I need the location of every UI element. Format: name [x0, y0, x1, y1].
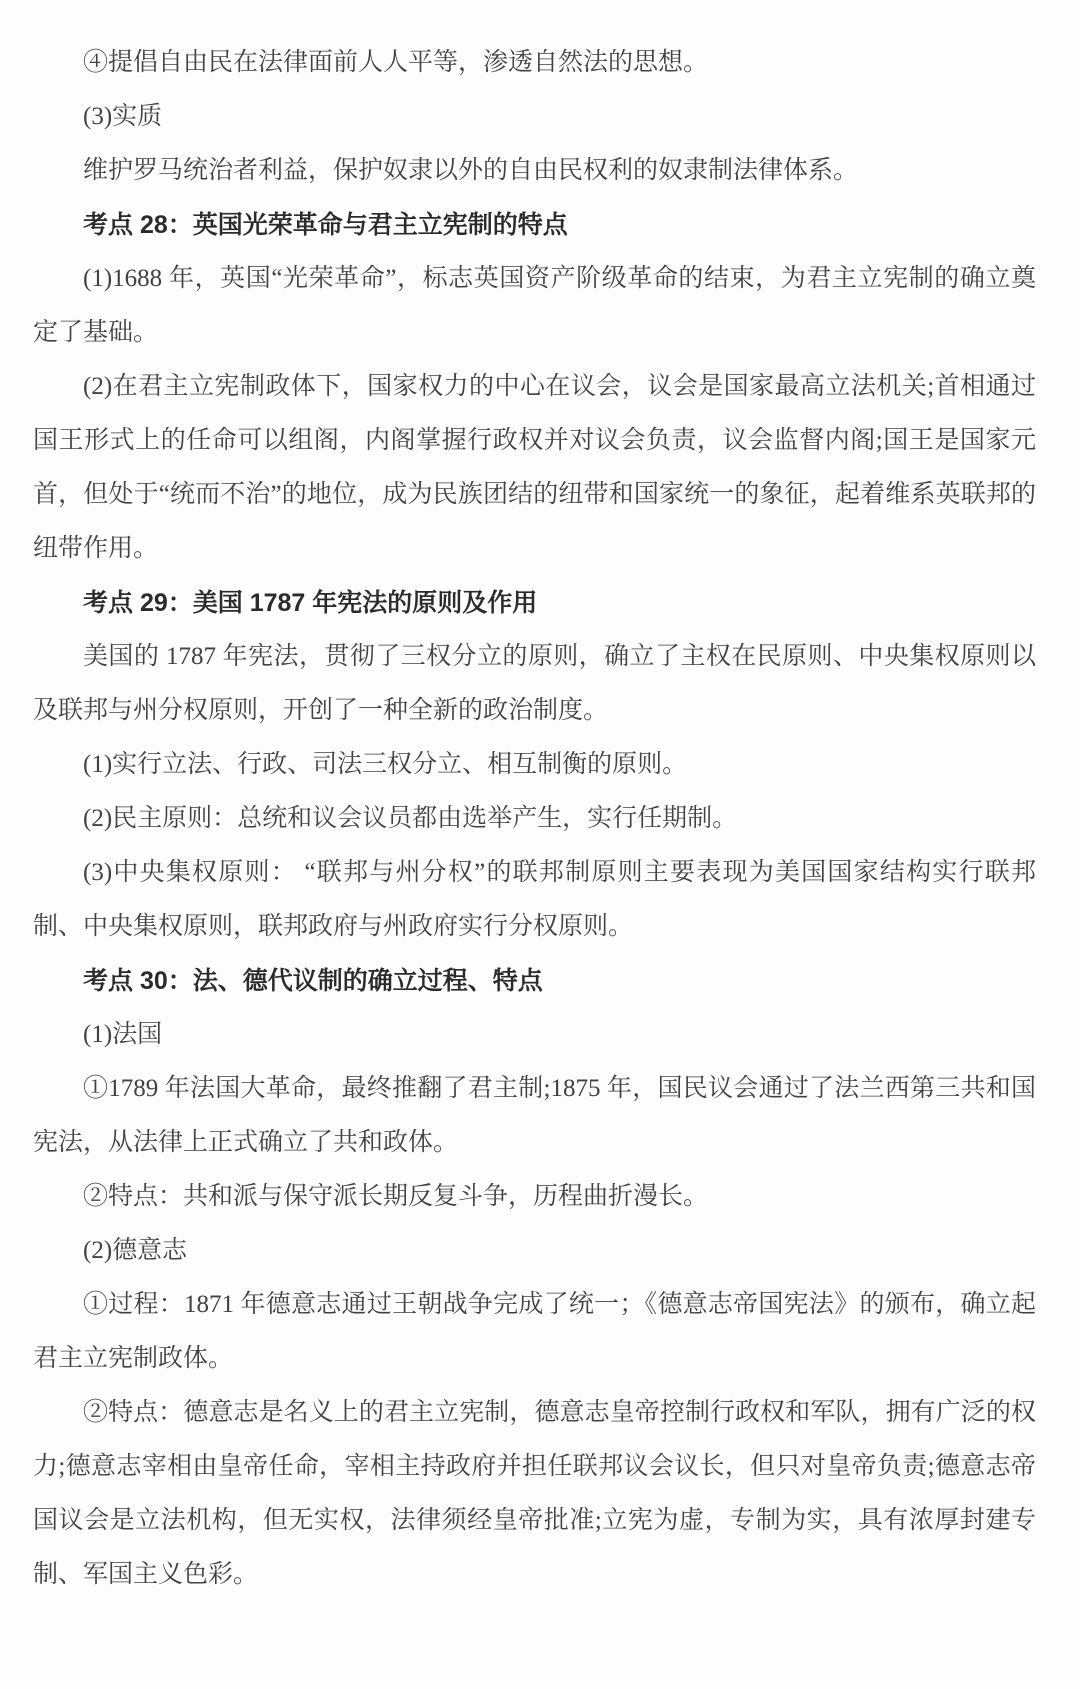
paragraph-germany-label: (2)德意志: [33, 1224, 1036, 1278]
paragraph-germany-features: ②特点：德意志是名义上的君主立宪制，德意志皇帝控制行政权和军队，拥有广泛的权力;…: [33, 1386, 1036, 1602]
paragraph-essence-label: (3)实质: [33, 90, 1036, 144]
paragraph-natural-law: ④提倡自由民在法律面前人人平等，渗透自然法的思想。: [33, 36, 1036, 90]
paragraph-france-features: ②特点：共和派与保守派长期反复斗争，历程曲折漫长。: [33, 1170, 1036, 1224]
paragraph-roman-law-essence: 维护罗马统治者利益，保护奴隶以外的自由民权利的奴隶制法律体系。: [33, 144, 1036, 198]
paragraph-glorious-revolution: (1)1688 年，英国“光荣革命”，标志英国资产阶级革命的结束，为君主立宪制的…: [33, 252, 1036, 360]
paragraph-separation-of-powers: (1)实行立法、行政、司法三权分立、相互制衡的原则。: [33, 738, 1036, 792]
paragraph-us-constitution-overview: 美国的 1787 年宪法，贯彻了三权分立的原则，确立了主权在民原则、中央集权原则…: [33, 630, 1036, 738]
paragraph-france-process: ①1789 年法国大革命，最终推翻了君主制;1875 年，国民议会通过了法兰西第…: [33, 1062, 1036, 1170]
paragraph-france-label: (1)法国: [33, 1008, 1036, 1062]
heading-kaodian-29: 考点 29：美国 1787 年宪法的原则及作用: [33, 576, 1036, 630]
heading-kaodian-28: 考点 28：英国光荣革命与君主立宪制的特点: [33, 198, 1036, 252]
paragraph-constitutional-monarchy: (2)在君主立宪制政体下，国家权力的中心在议会，议会是国家最高立法机关;首相通过…: [33, 360, 1036, 576]
document-page: ④提倡自由民在法律面前人人平等，渗透自然法的思想。 (3)实质 维护罗马统治者利…: [0, 0, 1080, 1689]
paragraph-germany-process: ①过程：1871 年德意志通过王朝战争完成了统一；《德意志帝国宪法》的颁布，确立…: [33, 1278, 1036, 1386]
paragraph-centralization-principle: (3)中央集权原则： “联邦与州分权”的联邦制原则主要表现为美国国家结构实行联邦…: [33, 846, 1036, 954]
heading-kaodian-30: 考点 30：法、德代议制的确立过程、特点: [33, 954, 1036, 1008]
paragraph-democratic-principle: (2)民主原则：总统和议会议员都由选举产生，实行任期制。: [33, 792, 1036, 846]
